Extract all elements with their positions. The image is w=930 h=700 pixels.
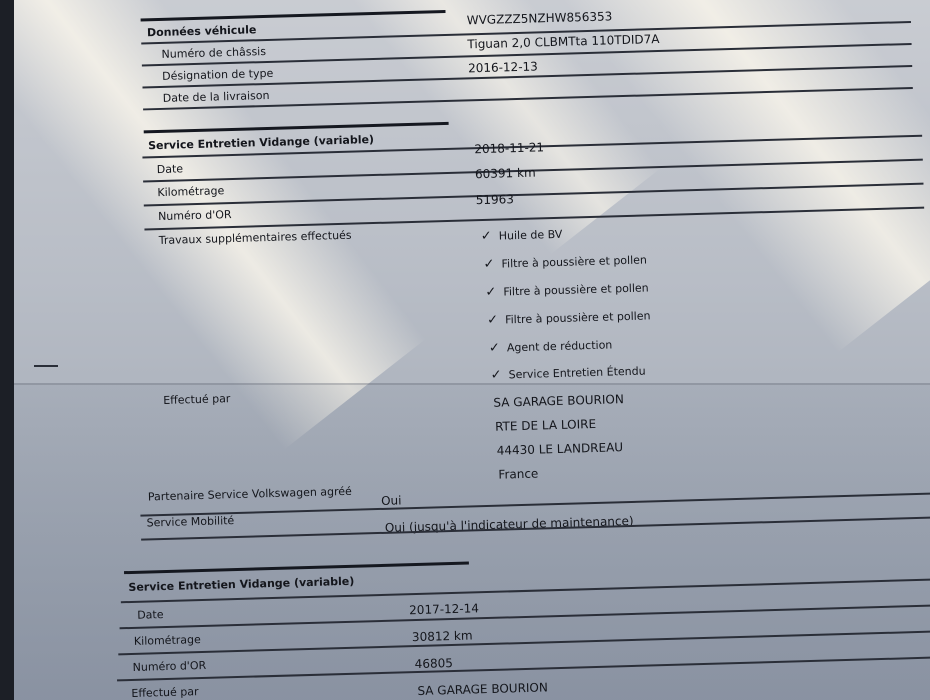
chassis-number: WVGZZZ5NZHW856353 <box>467 9 613 27</box>
field-label: Date <box>137 608 164 622</box>
work-item: ✓Service Entretien Étendu <box>490 364 645 383</box>
field-label: Effectué par <box>131 685 198 700</box>
rule <box>117 656 930 681</box>
work-label: Agent de réduction <box>507 338 613 354</box>
field-label: Service Mobilité <box>146 514 234 529</box>
work-label: Filtre à poussière et pollen <box>501 253 647 270</box>
field-label: Désignation de type <box>162 67 273 83</box>
check-icon: ✓ <box>489 340 507 355</box>
check-icon: ✓ <box>490 367 508 382</box>
service-date: 2018-11-21 <box>474 140 544 156</box>
field-label: Date de la livraison <box>163 89 270 105</box>
work-item: ✓Huile de BV <box>481 227 563 244</box>
garage-street: RTE DE LA LOIRE <box>495 417 596 434</box>
work-item: ✓Agent de réduction <box>489 337 613 355</box>
rule <box>120 604 930 629</box>
work-item: ✓Filtre à poussière et pollen <box>483 252 647 272</box>
or-number: 46805 <box>415 656 454 671</box>
garage-city: 44430 LE LANDREAU <box>497 440 624 458</box>
service1-header: Service Entretien Vidange (variable) <box>148 133 374 152</box>
field-label: Numéro d'OR <box>133 659 207 674</box>
field-label: Kilométrage <box>134 633 201 648</box>
work-item: ✓Filtre à poussière et pollen <box>487 308 651 328</box>
section-divider <box>124 562 469 575</box>
rule <box>144 207 924 230</box>
section-divider <box>144 122 449 134</box>
check-icon: ✓ <box>483 256 501 271</box>
mileage: 60391 km <box>475 166 536 182</box>
field-label: Effectué par <box>163 392 230 407</box>
mileage: 30812 km <box>412 628 473 644</box>
or-number: 51963 <box>476 192 515 207</box>
garage-country: France <box>498 467 538 482</box>
field-label: Kilométrage <box>157 184 224 199</box>
partner-value: Oui <box>381 493 402 508</box>
rule <box>144 183 924 206</box>
document-page: Données véhicule Numéro de châssis WVGZZ… <box>14 0 930 700</box>
section-divider <box>141 10 446 22</box>
check-icon: ✓ <box>485 284 503 299</box>
delivery-date: 2016-12-13 <box>468 59 538 75</box>
vehicle-section-header: Données véhicule <box>147 23 257 39</box>
rule <box>118 630 930 655</box>
field-label: Numéro de châssis <box>161 45 266 61</box>
type-designation: Tiguan 2,0 CLBMTta 110TDID7A <box>467 32 659 51</box>
work-label: Huile de BV <box>499 228 563 243</box>
check-icon: ✓ <box>481 229 499 244</box>
field-label: Date <box>157 162 184 176</box>
service-date: 2017-12-14 <box>409 601 479 617</box>
field-label: Numéro d'OR <box>158 208 232 223</box>
work-item: ✓Filtre à poussière et pollen <box>485 280 649 300</box>
field-label: Travaux supplémentaires effectués <box>159 229 352 247</box>
document-content: Données véhicule Numéro de châssis WVGZZ… <box>14 0 930 700</box>
service2-header: Service Entretien Vidange (variable) <box>128 575 354 594</box>
field-label: Partenaire Service Volkswagen agréé <box>148 485 352 504</box>
work-label: Filtre à poussière et pollen <box>505 309 651 326</box>
check-icon: ✓ <box>487 312 505 327</box>
work-label: Service Entretien Étendu <box>508 365 645 382</box>
garage-name: SA GARAGE BOURION <box>493 392 624 410</box>
work-label: Filtre à poussière et pollen <box>503 281 649 298</box>
